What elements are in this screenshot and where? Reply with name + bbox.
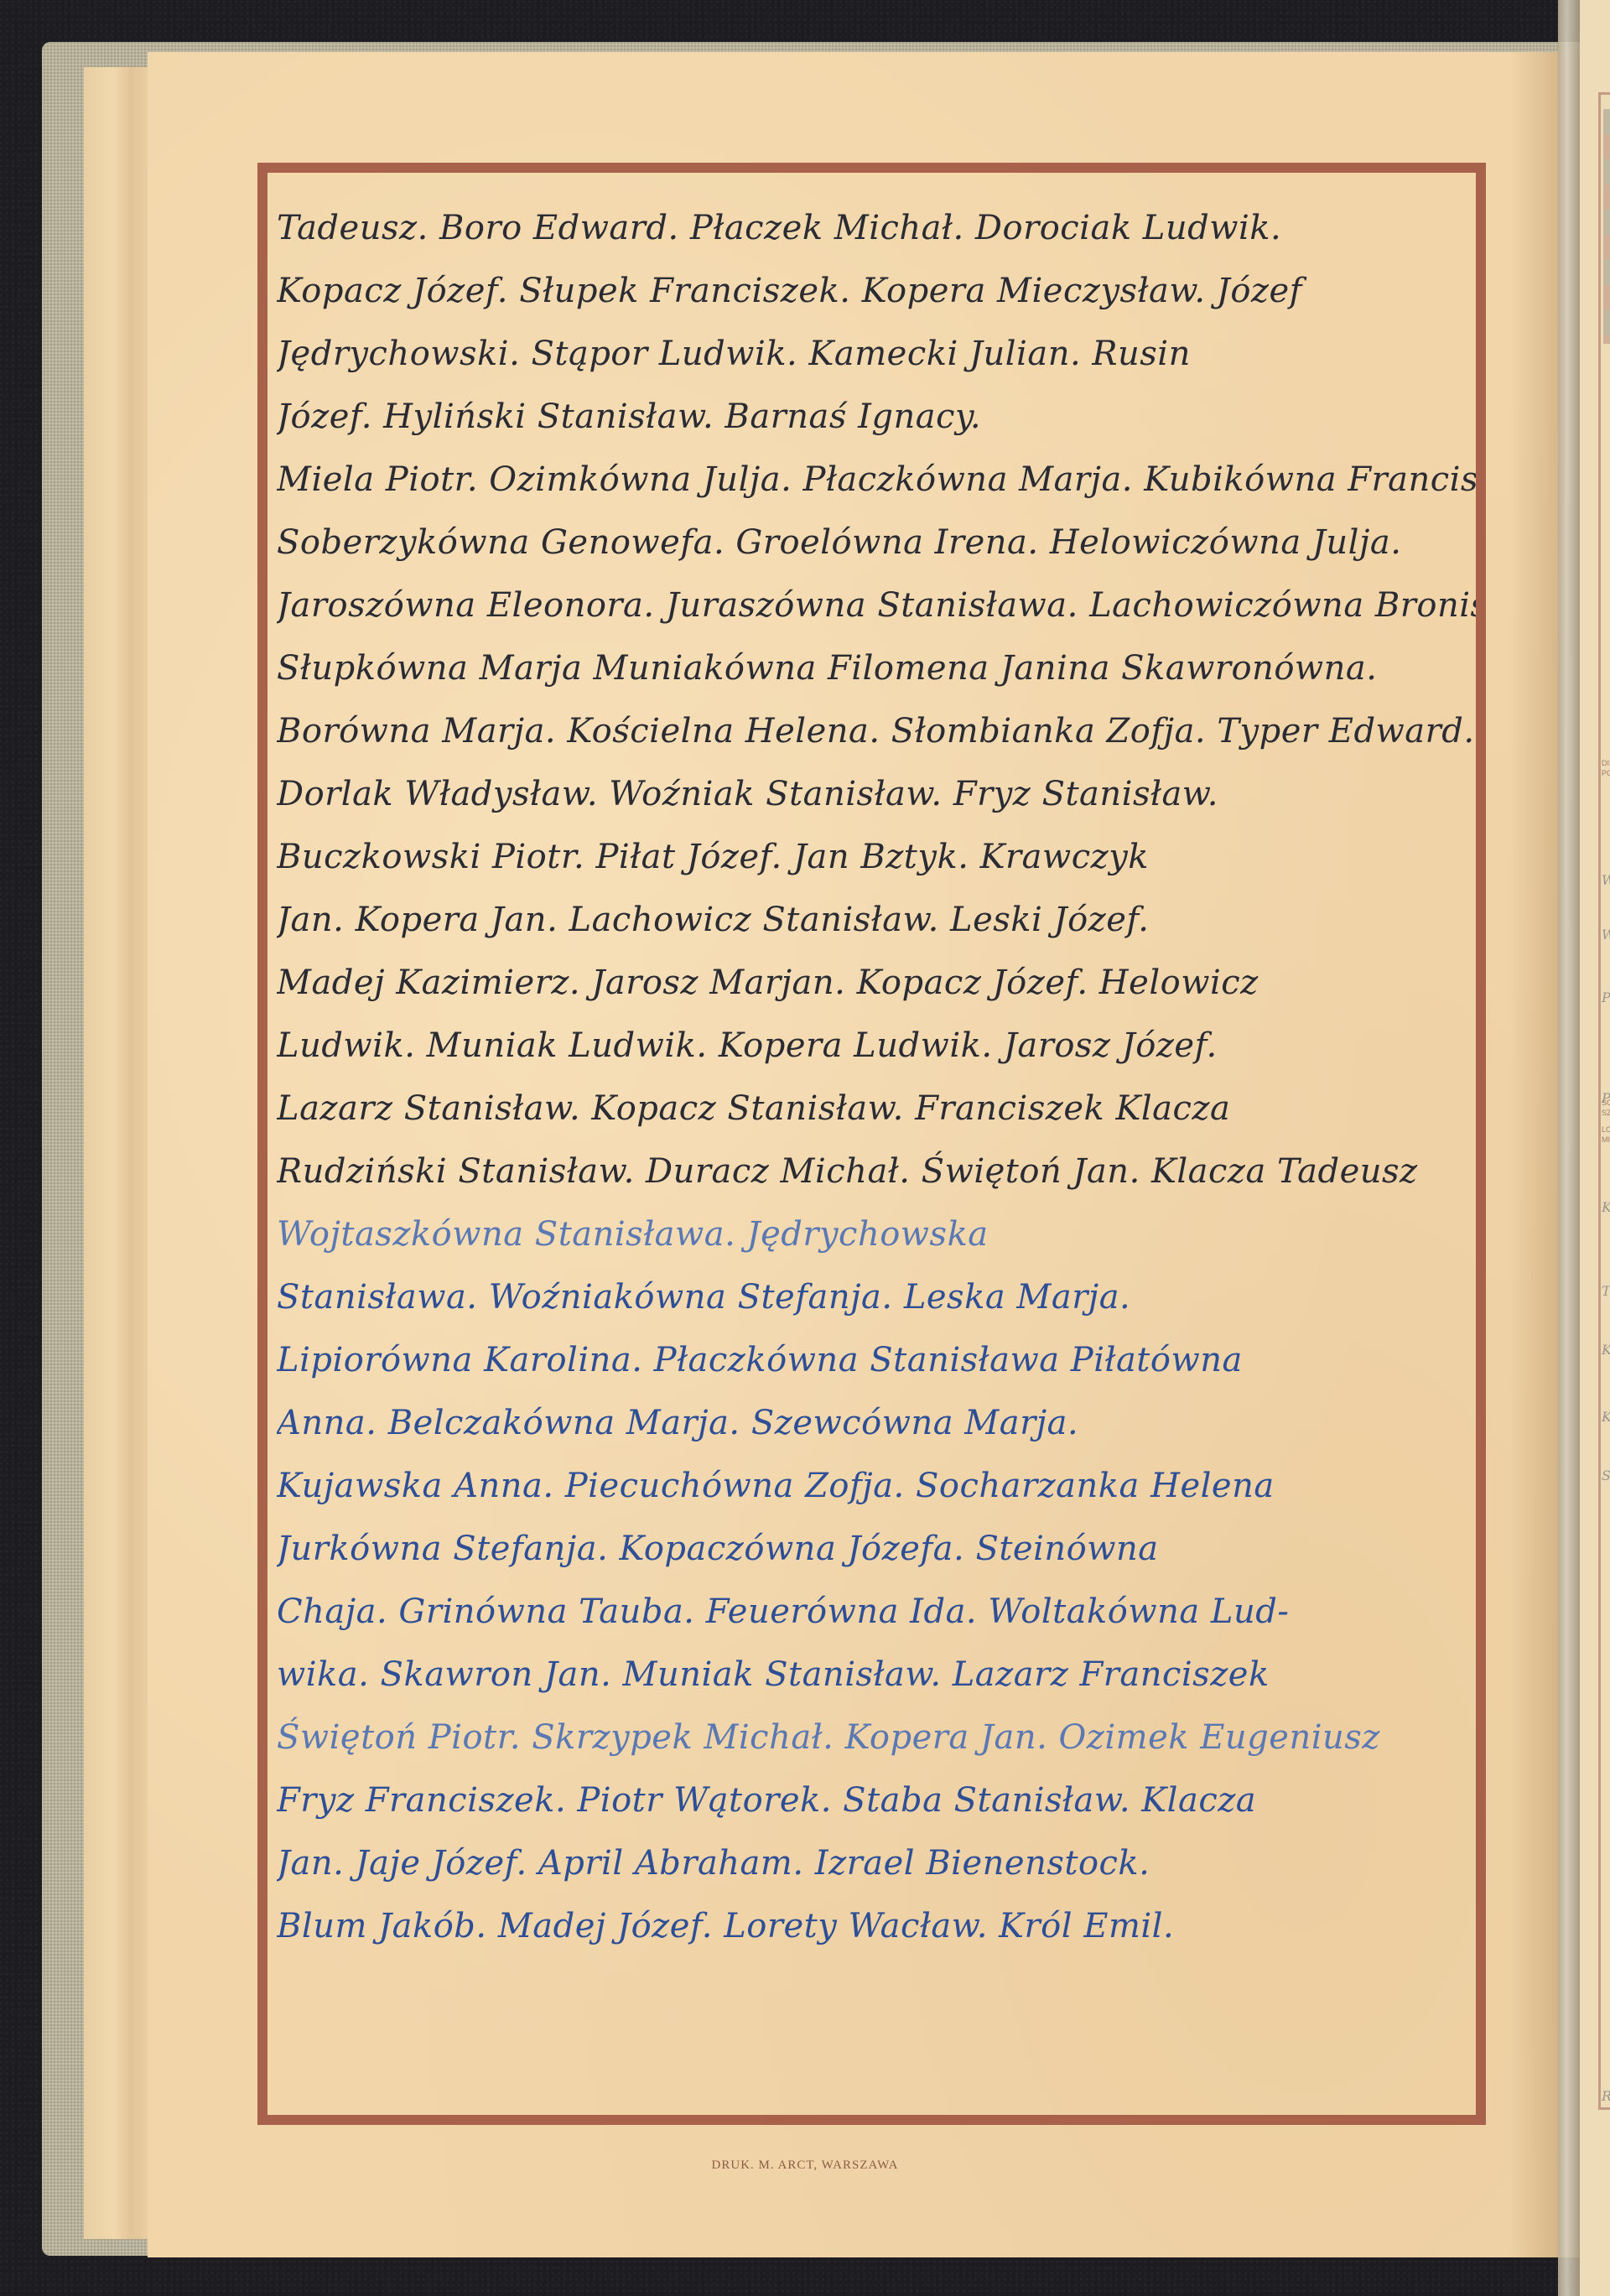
handwritten-line: Jan. Jaje Józef. April Abraham. Izrael B… — [277, 1836, 1476, 1890]
handwritten-line: Józef. Hyliński Stanisław. Barnaś Ignacy… — [277, 390, 1476, 444]
handwritten-line: Lipiorówna Karolina. Płaczkówna Stanisła… — [277, 1333, 1476, 1387]
page-block-edge — [84, 67, 152, 2239]
adjacent-page-script: Klich — [1602, 1409, 1610, 1425]
handwritten-line: Anna. Belczakówna Marja. Szewcówna Marja… — [277, 1396, 1476, 1450]
handwritten-line: Kopacz Józef. Słupek Franciszek. Kopera … — [277, 264, 1476, 318]
adjacent-page-label: POW — [1602, 769, 1610, 777]
adjacent-page-script: Skow — [1602, 1467, 1610, 1483]
handwritten-line: Tadeusz. Boro Edward. Płaczek Michał. Do… — [277, 201, 1476, 255]
adjacent-page-script: Kilja — [1602, 1342, 1610, 1358]
adjacent-page-script: Kaźmie — [1602, 1199, 1610, 1215]
handwritten-line: Jan. Kopera Jan. Lachowicz Stanisław. Le… — [277, 893, 1476, 947]
handwritten-line: Stanisława. Woźniakówna Stefanja. Leska … — [277, 1270, 1476, 1324]
handwritten-line: Ludwik. Muniak Ludwik. Kopera Ludwik. Ja… — [277, 1019, 1476, 1073]
adjacent-page-label: LOCA — [1602, 1125, 1610, 1134]
handwritten-line: wika. Skawron Jan. Muniak Stanisław. Laz… — [277, 1648, 1476, 1701]
handwritten-line: Kujawska Anna. Piecuchówna Zofja. Sochar… — [277, 1459, 1476, 1513]
handwritten-line: Rudziński Stanisław. Duracz Michał. Świę… — [277, 1145, 1476, 1198]
handwritten-line: Wojtaszkówna Stanisława. Jędrychowska — [277, 1208, 1476, 1261]
book-spine-edge — [1558, 0, 1580, 2296]
handwritten-line: Dorlak Władysław. Woźniak Stanisław. Fry… — [277, 767, 1476, 821]
handwritten-line: Jaroszówna Eleonora. Juraszówna Stanisła… — [277, 579, 1476, 632]
handwritten-line: Miela Piotr. Ozimkówna Julja. Płaczkówna… — [277, 453, 1476, 506]
adjacent-page-script: Tereda — [1602, 1283, 1610, 1299]
adjacent-page-script: Pola — [1602, 1090, 1610, 1106]
handwritten-line: Chaja. Grinówna Tauba. Feuerówna Ida. Wo… — [277, 1585, 1476, 1639]
printer-imprint: DRUK. M. ARCT, WARSZAWA — [0, 2158, 1610, 2173]
handwritten-line: Blum Jakób. Madej Józef. Lorety Wacław. … — [277, 1899, 1476, 1953]
handwritten-line: Słupkówna Marja Muniakówna Filomena Jani… — [277, 642, 1476, 695]
handwritten-line: Świętoń Piotr. Skrzypek Michał. Kopera J… — [277, 1711, 1476, 1764]
adjacent-page-label: DISTR — [1602, 759, 1610, 767]
adjacent-page: SCHO SZKO LOCA MIEJS DISTR POW Włodzim W… — [1580, 0, 1610, 2296]
handwritten-line: Lazarz Stanisław. Kopacz Stanisław. Fran… — [277, 1082, 1476, 1135]
handwritten-line: Jurkówna Stefanja. Kopaczówna Józefa. St… — [277, 1522, 1476, 1576]
handwritten-name-list: Tadeusz. Boro Edward. Płaczek Michał. Do… — [277, 176, 1476, 2105]
adjacent-page-script: Wr — [1602, 927, 1610, 943]
handwritten-line: Fryz Franciszek. Piotr Wątorek. Staba St… — [277, 1774, 1476, 1827]
handwritten-line: Borówna Marja. Kościelna Helena. Słombia… — [277, 704, 1476, 758]
handwritten-line: Buczkowski Piotr. Piłat Józef. Jan Bztyk… — [277, 830, 1476, 884]
adjacent-page-label: SZKO — [1602, 1109, 1610, 1117]
handwritten-line: Jędrychowski. Stąpor Ludwik. Kamecki Jul… — [277, 327, 1476, 381]
handwritten-line: Soberzykówna Genowefa. Groelówna Irena. … — [277, 516, 1476, 569]
adjacent-page-script: Pola — [1602, 990, 1610, 1005]
adjacent-page-ornament — [1603, 109, 1610, 344]
adjacent-page-label: MIEJS — [1602, 1135, 1610, 1144]
handwritten-line: Madej Kazimierz. Jarosz Marjan. Kopacz J… — [277, 956, 1476, 1010]
adjacent-page-script: Rosiel — [1602, 2088, 1610, 2104]
adjacent-page-script: Włodzim — [1602, 872, 1610, 888]
